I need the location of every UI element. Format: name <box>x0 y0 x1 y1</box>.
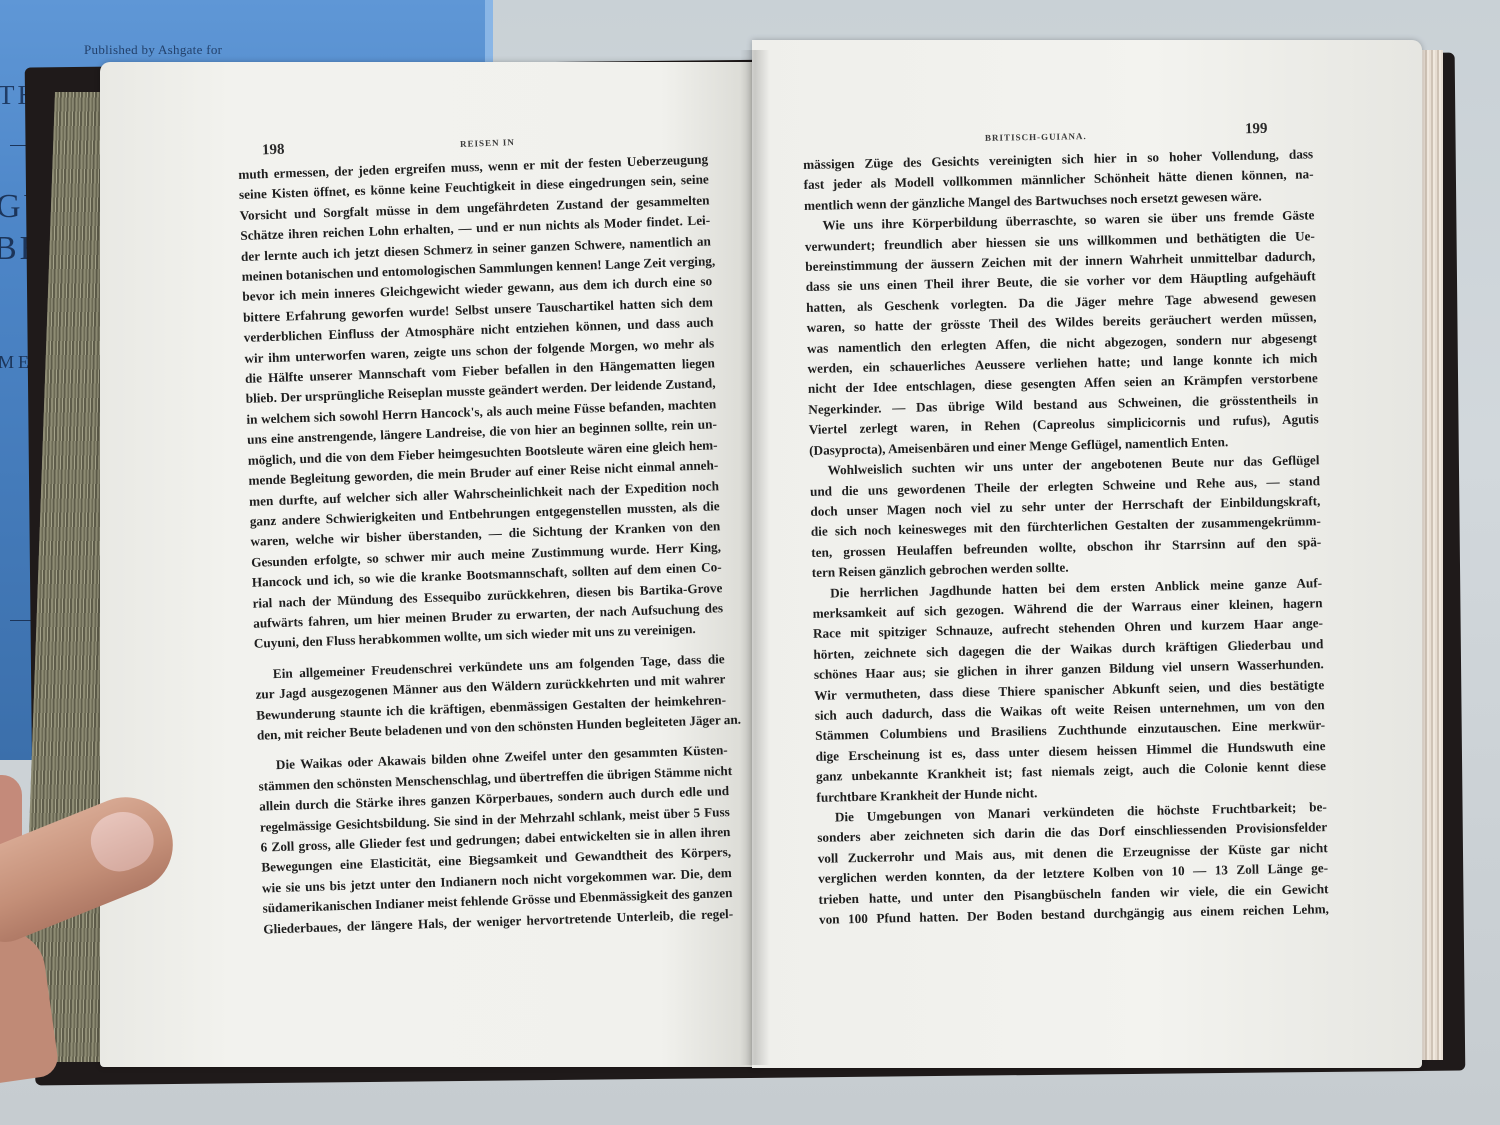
paragraph: mässigen Züge des Gesichts vereinigten s… <box>803 144 1314 216</box>
left-page-text: muth ermessen, der jeden ergreifen muss,… <box>238 149 733 939</box>
paragraph: muth ermessen, der jeden ergreifen muss,… <box>238 149 724 654</box>
right-page-text: mässigen Züge des Gesichts vereinigten s… <box>803 144 1329 930</box>
page-number-right: 199 <box>1245 121 1268 138</box>
publisher-line: Published by Ashgate for <box>84 42 222 58</box>
paragraph: Wohlweislich suchten wir uns unter der a… <box>809 450 1321 583</box>
book-gutter <box>740 50 770 1065</box>
paragraph: Ein allgemeiner Freudenschrei verkündete… <box>255 649 727 746</box>
paragraph: Die herrlichen Jagdhunde hatten bei dem … <box>812 573 1327 808</box>
running-head-left: REISEN IN <box>460 137 515 149</box>
paragraph: Die Umgebungen von Manari verkündeten di… <box>817 797 1329 930</box>
running-head-right: BRITISCH-GUIANA. <box>985 131 1087 143</box>
photo-scene: Published by Ashgate for THE HAKLUYT SOC… <box>0 0 1500 1125</box>
page-number-left: 198 <box>262 142 285 160</box>
thumbnail <box>83 803 162 880</box>
paragraph: Die Waikas oder Akawais bilden ohne Zwei… <box>258 740 734 939</box>
paragraph: Wie uns ihre Körperbildung überraschte, … <box>804 206 1319 462</box>
